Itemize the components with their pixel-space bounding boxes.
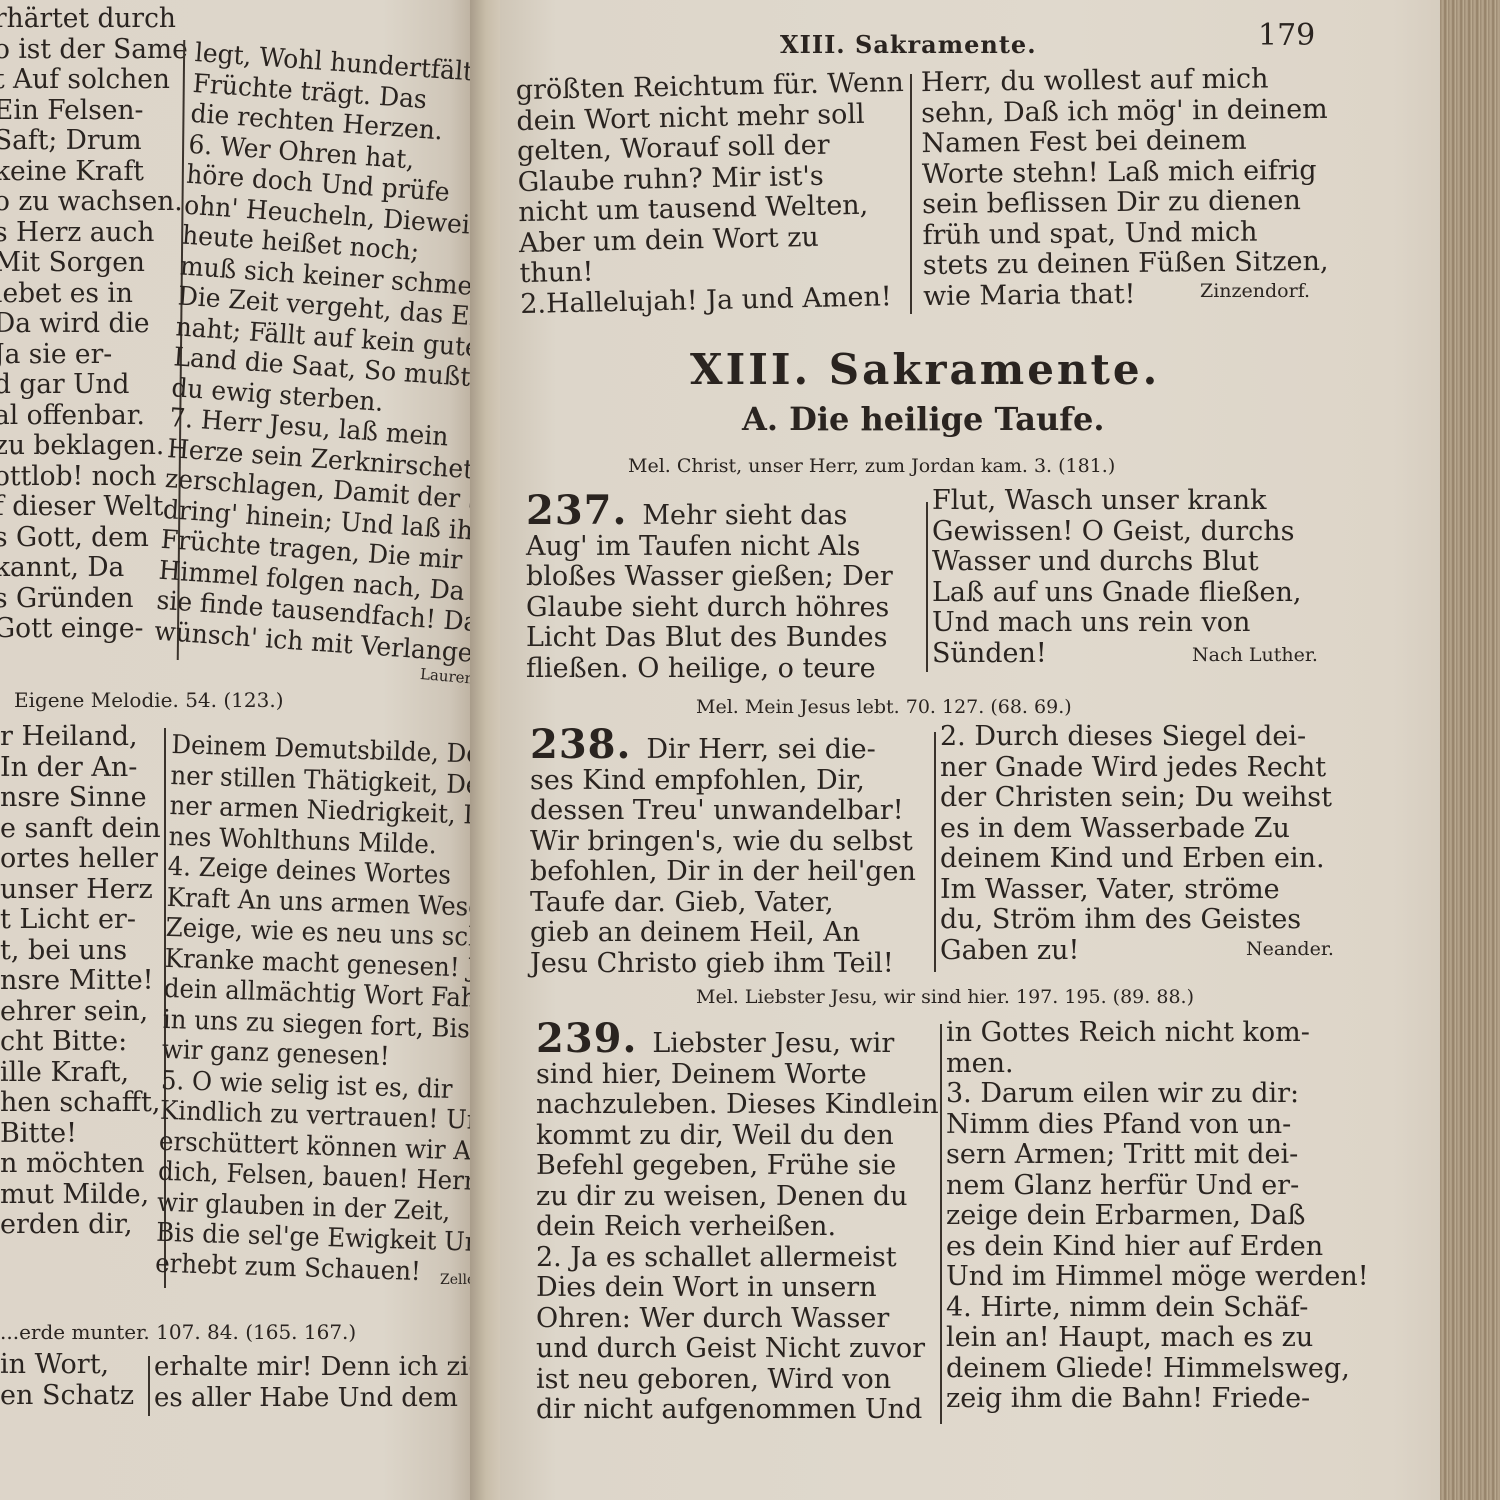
text-line: befohlen, Dir in der heil'gen [530, 857, 928, 888]
text-line: ner Gnade Wird jedes Recht [940, 753, 1338, 784]
page-edges [1440, 0, 1500, 1500]
column-rule [940, 1024, 942, 1424]
author-attribution: Neander. [1246, 938, 1334, 960]
text-line: ortes heller [0, 844, 161, 875]
melody-line: ...erde munter. 107. 84. (165. 167.) [0, 1320, 356, 1344]
text-line: zeige dein Erbarmen, Daß [946, 1201, 1350, 1232]
chapter-title: XIII. Sakramente. [690, 345, 1160, 394]
text-line: Saft; Drum [0, 126, 188, 157]
text-line: Und mach uns rein von [932, 608, 1332, 639]
text-line: t Auf solchen [0, 65, 188, 96]
text-line: hen schafft, [0, 1088, 161, 1119]
text-line: zeig ihm die Bahn! Friede- [946, 1384, 1350, 1415]
text-line: men. [946, 1049, 1350, 1080]
text-line: Ohren: Wer durch Wasser [536, 1304, 934, 1335]
column-rule [934, 732, 936, 972]
text-line: lebet es in [0, 279, 188, 310]
text-line: sern Armen; Tritt mit dei- [946, 1140, 1350, 1171]
text-line: zu beklagen. [0, 431, 188, 462]
text-line: Nimm dies Pfand von un- [946, 1110, 1350, 1141]
text-line: o ist der Same [0, 35, 188, 66]
text-line: es aller Habe Und dem [154, 1383, 478, 1414]
text-line: Jesu Christo gieb ihm Teil! [530, 949, 928, 980]
text-line: gieb an deinem Heil, An [530, 918, 928, 949]
text-line: Dies dein Wort in unsern [536, 1273, 934, 1304]
text-line: in Gottes Reich nicht kom- [946, 1018, 1350, 1049]
text-line: 3. Darum eilen wir zu dir: [946, 1079, 1350, 1110]
text-line: s Herz auch [0, 218, 188, 249]
text-line: deinem Kind und Erben ein. [940, 844, 1338, 875]
text-line: ottlob! noch [0, 462, 188, 493]
text-line: Da wird die [0, 309, 188, 340]
text-line: sehn, Daß ich mög' in deinem [921, 94, 1319, 129]
text-line: 239. Liebster Jesu, wir [536, 1024, 934, 1060]
hymn-237-right-column: Flut, Wasch unser krankGewissen! O Geist… [932, 486, 1332, 669]
text-line: dir nicht aufgenommen Und [536, 1395, 934, 1426]
text-line: erden dir, [0, 1210, 161, 1241]
text-line: t Licht er- [0, 905, 161, 936]
left-page-col-b-3: erhalte mir! Denn ich zieh'es aller Habe… [154, 1352, 478, 1413]
text-line: t, bei uns [0, 936, 161, 967]
column-rule [148, 1356, 150, 1416]
text-line: Gewissen! O Geist, durchs [932, 517, 1332, 548]
text-line: keine Kraft [0, 157, 188, 188]
text-line: r Heiland, [0, 722, 161, 753]
melody-line: Mel. Mein Jesus lebt. 70. 127. (68. 69.) [696, 696, 1072, 718]
text-line: es in dem Wasserbade Zu [940, 814, 1338, 845]
running-head: XIII. Sakramente. [780, 30, 1037, 59]
text-line: deinem Gliede! Himmelsweg, [946, 1354, 1350, 1385]
hymn-237-left-column: 237. Mehr sieht dasAug' im Taufen nicht … [526, 496, 918, 684]
hymn-239-left-column: 239. Liebster Jesu, wirsind hier, Deinem… [536, 1024, 934, 1426]
column-rule [910, 74, 912, 314]
left-page-col-a-2: r Heiland,In der An-nsre Sinnee sanft de… [0, 722, 161, 1241]
hymn-238-left-column: 238. Dir Herr, sei die-ses Kind empfohle… [530, 730, 928, 979]
text-line: ses Kind empfohlen, Dir, [530, 766, 928, 797]
text-line: 238. Dir Herr, sei die- [530, 730, 928, 766]
text-line: und durch Geist Nicht zuvor [536, 1334, 934, 1365]
left-page-col-b-2: Deinem Demutsbilde, Dei-ner stillen Thät… [155, 730, 478, 1290]
text-line: unser Herz [0, 875, 161, 906]
text-line: ist neu geboren, Wird von [536, 1365, 934, 1396]
text-line: der Christen sein; Du weihst [940, 783, 1338, 814]
author-attribution: Nach Luther. [1192, 644, 1318, 666]
text-line: 2. Durch dieses Siegel dei- [940, 722, 1338, 753]
text-line: e sanft dein [0, 814, 161, 845]
text-line: nachzuleben. Dieses Kindlein [536, 1090, 934, 1121]
text-line: dessen Treu' unwandelbar! [530, 796, 928, 827]
left-page-col-b-1: legt, Wohl hundertfältFrüchte trägt. Das… [153, 38, 478, 673]
text-line: zu dir zu weisen, Denen du [536, 1182, 934, 1213]
text-line: ehrer sein, [0, 997, 161, 1028]
text-line: nsre Mitte! [0, 966, 161, 997]
text-line: Herr, du wollest auf mich [921, 64, 1319, 99]
melody-line: Mel. Liebster Jesu, wir sind hier. 197. … [696, 986, 1194, 1008]
text-line: fließen. O heilige, o teure [526, 654, 918, 685]
text-line: stets zu deinen Füßen Sitzen, [923, 247, 1321, 282]
column-rule [926, 502, 928, 672]
hymn-number: 237. [526, 487, 642, 534]
text-line: al offenbar. [0, 401, 188, 432]
page-number: 179 [1258, 18, 1315, 53]
text-line: Ja sie er- [0, 340, 188, 371]
text-line: nsre Sinne [0, 783, 161, 814]
text-line: nem Glanz herfür Und er- [946, 1171, 1350, 1202]
text-line: Licht Das Blut des Bundes [526, 623, 918, 654]
text-line: Mit Sorgen [0, 248, 188, 279]
text-line: es dein Kind hier auf Erden [946, 1232, 1350, 1263]
text-line: Taufe dar. Gieb, Vater, [530, 888, 928, 919]
text-line: In der An- [0, 753, 161, 784]
text-line: Und im Himmel möge werden! [946, 1262, 1350, 1293]
melody-line: Eigene Melodie. 54. (123.) [14, 688, 284, 712]
text-line: 237. Mehr sieht das [526, 496, 918, 532]
continuation-left-column: größten Reichtum für. Wenndein Wort nich… [515, 68, 910, 320]
melody-line: Mel. Christ, unser Herr, zum Jordan kam.… [628, 455, 1115, 477]
left-page-col-a-3: in Wort,en Schatz [0, 1350, 134, 1411]
text-line: Glaube sieht durch höhres [526, 593, 918, 624]
text-line: mut Milde, [0, 1180, 161, 1211]
hymn-number: 239. [536, 1015, 652, 1062]
text-line: du, Ström ihm des Geistes [940, 905, 1338, 936]
text-line: Im Wasser, Vater, ströme [940, 875, 1338, 906]
text-line: in Wort, [0, 1350, 134, 1381]
text-line: bloßes Wasser gießen; Der [526, 562, 918, 593]
text-line: Befehl gegeben, Frühe sie [536, 1151, 934, 1182]
text-line: Wir bringen's, wie du selbst [530, 827, 928, 858]
hymn-239-right-column: in Gottes Reich nicht kom-men.3. Darum e… [946, 1018, 1350, 1415]
text-line: lein an! Haupt, mach es zu [946, 1323, 1350, 1354]
text-line: cht Bitte: [0, 1027, 161, 1058]
text-line: Wasser und durchs Blut [932, 547, 1332, 578]
open-hymnal-book: rhärtet durcho ist der Samet Auf solchen… [0, 0, 1500, 1500]
text-line: sind hier, Deinem Worte [536, 1060, 934, 1091]
text-line: 4. Hirte, nimm dein Schäf- [946, 1293, 1350, 1324]
text-line: rhärtet durch [0, 4, 188, 35]
continuation-right-column: Herr, du wollest auf michsehn, Daß ich m… [921, 64, 1322, 312]
text-line: d gar Und [0, 370, 188, 401]
text-line: sein beflissen Dir zu dienen [922, 186, 1320, 221]
left-page: rhärtet durcho ist der Samet Auf solchen… [0, 0, 478, 1500]
text-line: o zu wachsen. [0, 187, 188, 218]
text-line: ille Kraft, [0, 1058, 161, 1089]
text-line: kommt zu dir, Weil du den [536, 1121, 934, 1152]
text-line: Ein Felsen- [0, 96, 188, 127]
hymn-238-right-column: 2. Durch dieses Siegel dei-ner Gnade Wir… [940, 722, 1338, 966]
text-line: Namen Fest bei deinem [921, 125, 1319, 160]
text-line: n möchten [0, 1149, 161, 1180]
text-line: 2. Ja es schallet allermeist [536, 1243, 934, 1274]
text-line: Laß auf uns Gnade fließen, [932, 578, 1332, 609]
text-line: en Schatz [0, 1381, 134, 1412]
text-line: dein Reich verheißen. [536, 1212, 934, 1243]
text-line: f dieser Welt [0, 492, 188, 523]
text-line: erhalte mir! Denn ich zieh' [154, 1352, 478, 1383]
author-attribution: Zinzendorf. [1200, 280, 1310, 302]
text-line: Flut, Wasch unser krank [932, 486, 1332, 517]
section-title: A. Die heilige Taufe. [742, 400, 1105, 438]
text-line: Bitte! [0, 1119, 161, 1150]
hymn-number: 238. [530, 721, 646, 768]
text-line: Aug' im Taufen nicht Als [526, 532, 918, 563]
